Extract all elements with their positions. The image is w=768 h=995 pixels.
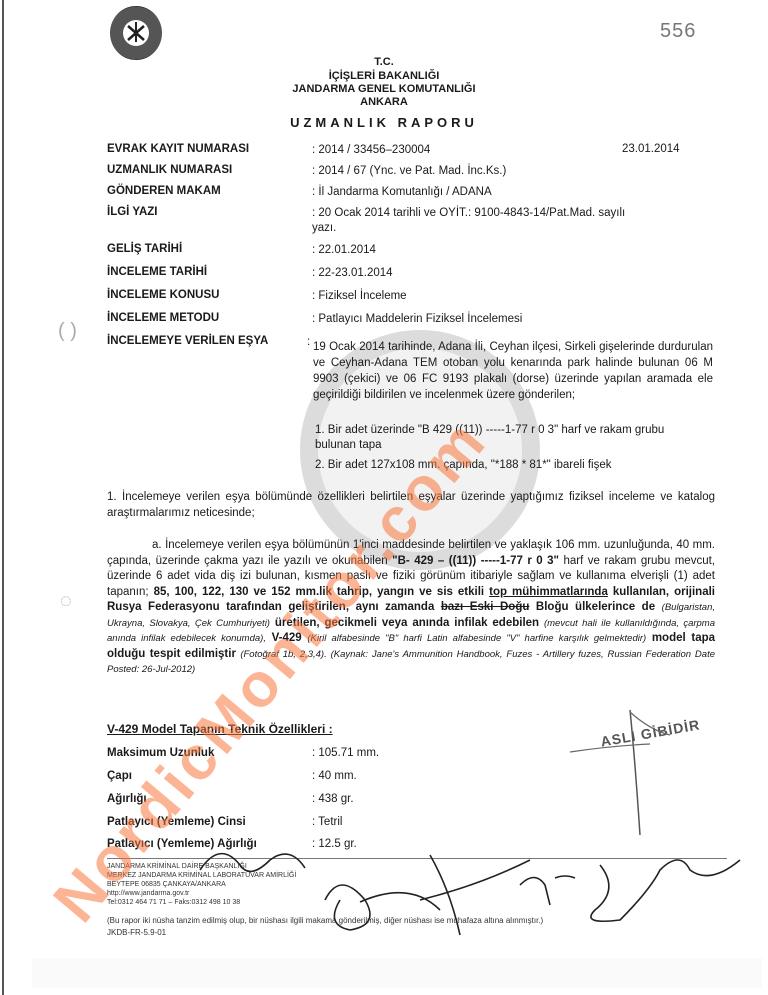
spec-label: Ağırlığı [107, 793, 147, 805]
meta-label: UZMANLIK NUMARASI [107, 164, 232, 176]
specs-title: V-429 Model Tapanın Teknik Özellikleri : [107, 722, 333, 736]
gendarmerie-seal-icon [110, 6, 162, 60]
paragraph-a: a. İncelemeye verilen eşya bölümünün 1'i… [107, 538, 715, 678]
esya-item: 2. Bir adet 127x108 mm. çapında, "*188 *… [315, 458, 695, 473]
para-bold: üretilen, gecikmeli veya anında infilak … [270, 617, 544, 629]
meta-value: : Fiziksel İnceleme [312, 289, 652, 304]
meta-label: EVRAK KAYIT NUMARASI [107, 143, 249, 155]
meta-label: İNCELEME TARİHİ [107, 266, 207, 278]
spec-value: : 105.71 mm. [312, 747, 379, 759]
spec-label: Çapı [107, 770, 132, 782]
header-command: JANDARMA GENEL KOMUTANLIĞI [0, 83, 768, 95]
meta-label: İLGİ YAZI [107, 206, 158, 218]
spec-label: Patlayıcı (Yemleme) Cinsi [107, 816, 246, 828]
meta-label: İNCELEMEYE VERİLEN EŞYA [107, 335, 268, 347]
punch-hole-icon: ◌ [60, 590, 72, 613]
esya-item: 1. Bir adet üzerinde "B 429 ((11)) -----… [315, 423, 695, 453]
para-bold: V-429 [266, 632, 307, 644]
esya-description: 19 Ocak 2014 tarihinde, Adana İli, Ceyha… [313, 339, 713, 403]
meta-value: : 22-23.01.2014 [312, 266, 652, 281]
spec-value: : 438 gr. [312, 793, 354, 805]
page-number: 556 [660, 20, 696, 43]
meta-value: : Patlayıcı Maddelerin Fiziksel İnceleme… [312, 312, 652, 327]
meta-label: GELİŞ TARİHİ [107, 243, 182, 255]
para-marking: "B- 429 – ((11)) -----1-77 r 0 3" [392, 555, 559, 567]
form-code: JKDB-FR-5.9-01 [107, 928, 166, 937]
spec-value: : Tetril [312, 816, 342, 828]
meta-label: İNCELEME METODU [107, 312, 219, 324]
meta-label: GÖNDEREN MAKAM [107, 185, 221, 197]
stamp-signature-icon [560, 700, 760, 840]
meta-value: : İl Jandarma Komutanlığı / ADANA [312, 185, 652, 200]
meta-value: : 20 Ocak 2014 tarihli ve OYİT.: 9100-48… [312, 206, 652, 236]
meta-value: : 2014 / 33456–230004 [312, 143, 652, 158]
para-bold: 85, 100, 122, 130 ve 152 mm.lik tahrip, … [154, 586, 490, 598]
paragraph-1: 1. İncelemeye verilen eşya bölümünde öze… [107, 490, 715, 521]
scan-shadow [32, 958, 762, 988]
report-title: UZMANLIK RAPORU [0, 115, 768, 130]
document-page: 556 T.C. İÇİŞLERİ BAKANLIĞI JANDARMA GEN… [0, 0, 768, 995]
header-city: ANKARA [0, 96, 768, 108]
para-italic: (Kiril alfabesinde "B" harfi Latin alfab… [307, 633, 646, 644]
para-underline: top mühimmatlarında [489, 586, 608, 598]
spec-label: Maksimum Uzunluk [107, 747, 214, 759]
signatures-icon [180, 830, 760, 940]
header-tc: T.C. [0, 56, 768, 68]
report-date: 23.01.2014 [622, 143, 680, 155]
meta-label: İNCELEME KONUSU [107, 289, 219, 301]
header-ministry: İÇİŞLERİ BAKANLIĞI [0, 70, 768, 82]
para-strikethrough: bazı Eski Doğu [441, 601, 530, 613]
para-bold: Bloğu ülkelerince de [529, 601, 661, 613]
page-border [2, 0, 4, 995]
meta-value: : 2014 / 67 (Ync. ve Pat. Mad. İnc.Ks.) [312, 164, 652, 179]
punch-hole-icon: ( ) [58, 320, 77, 343]
spec-value: : 40 mm. [312, 770, 357, 782]
meta-value: : 22.01.2014 [312, 243, 652, 258]
